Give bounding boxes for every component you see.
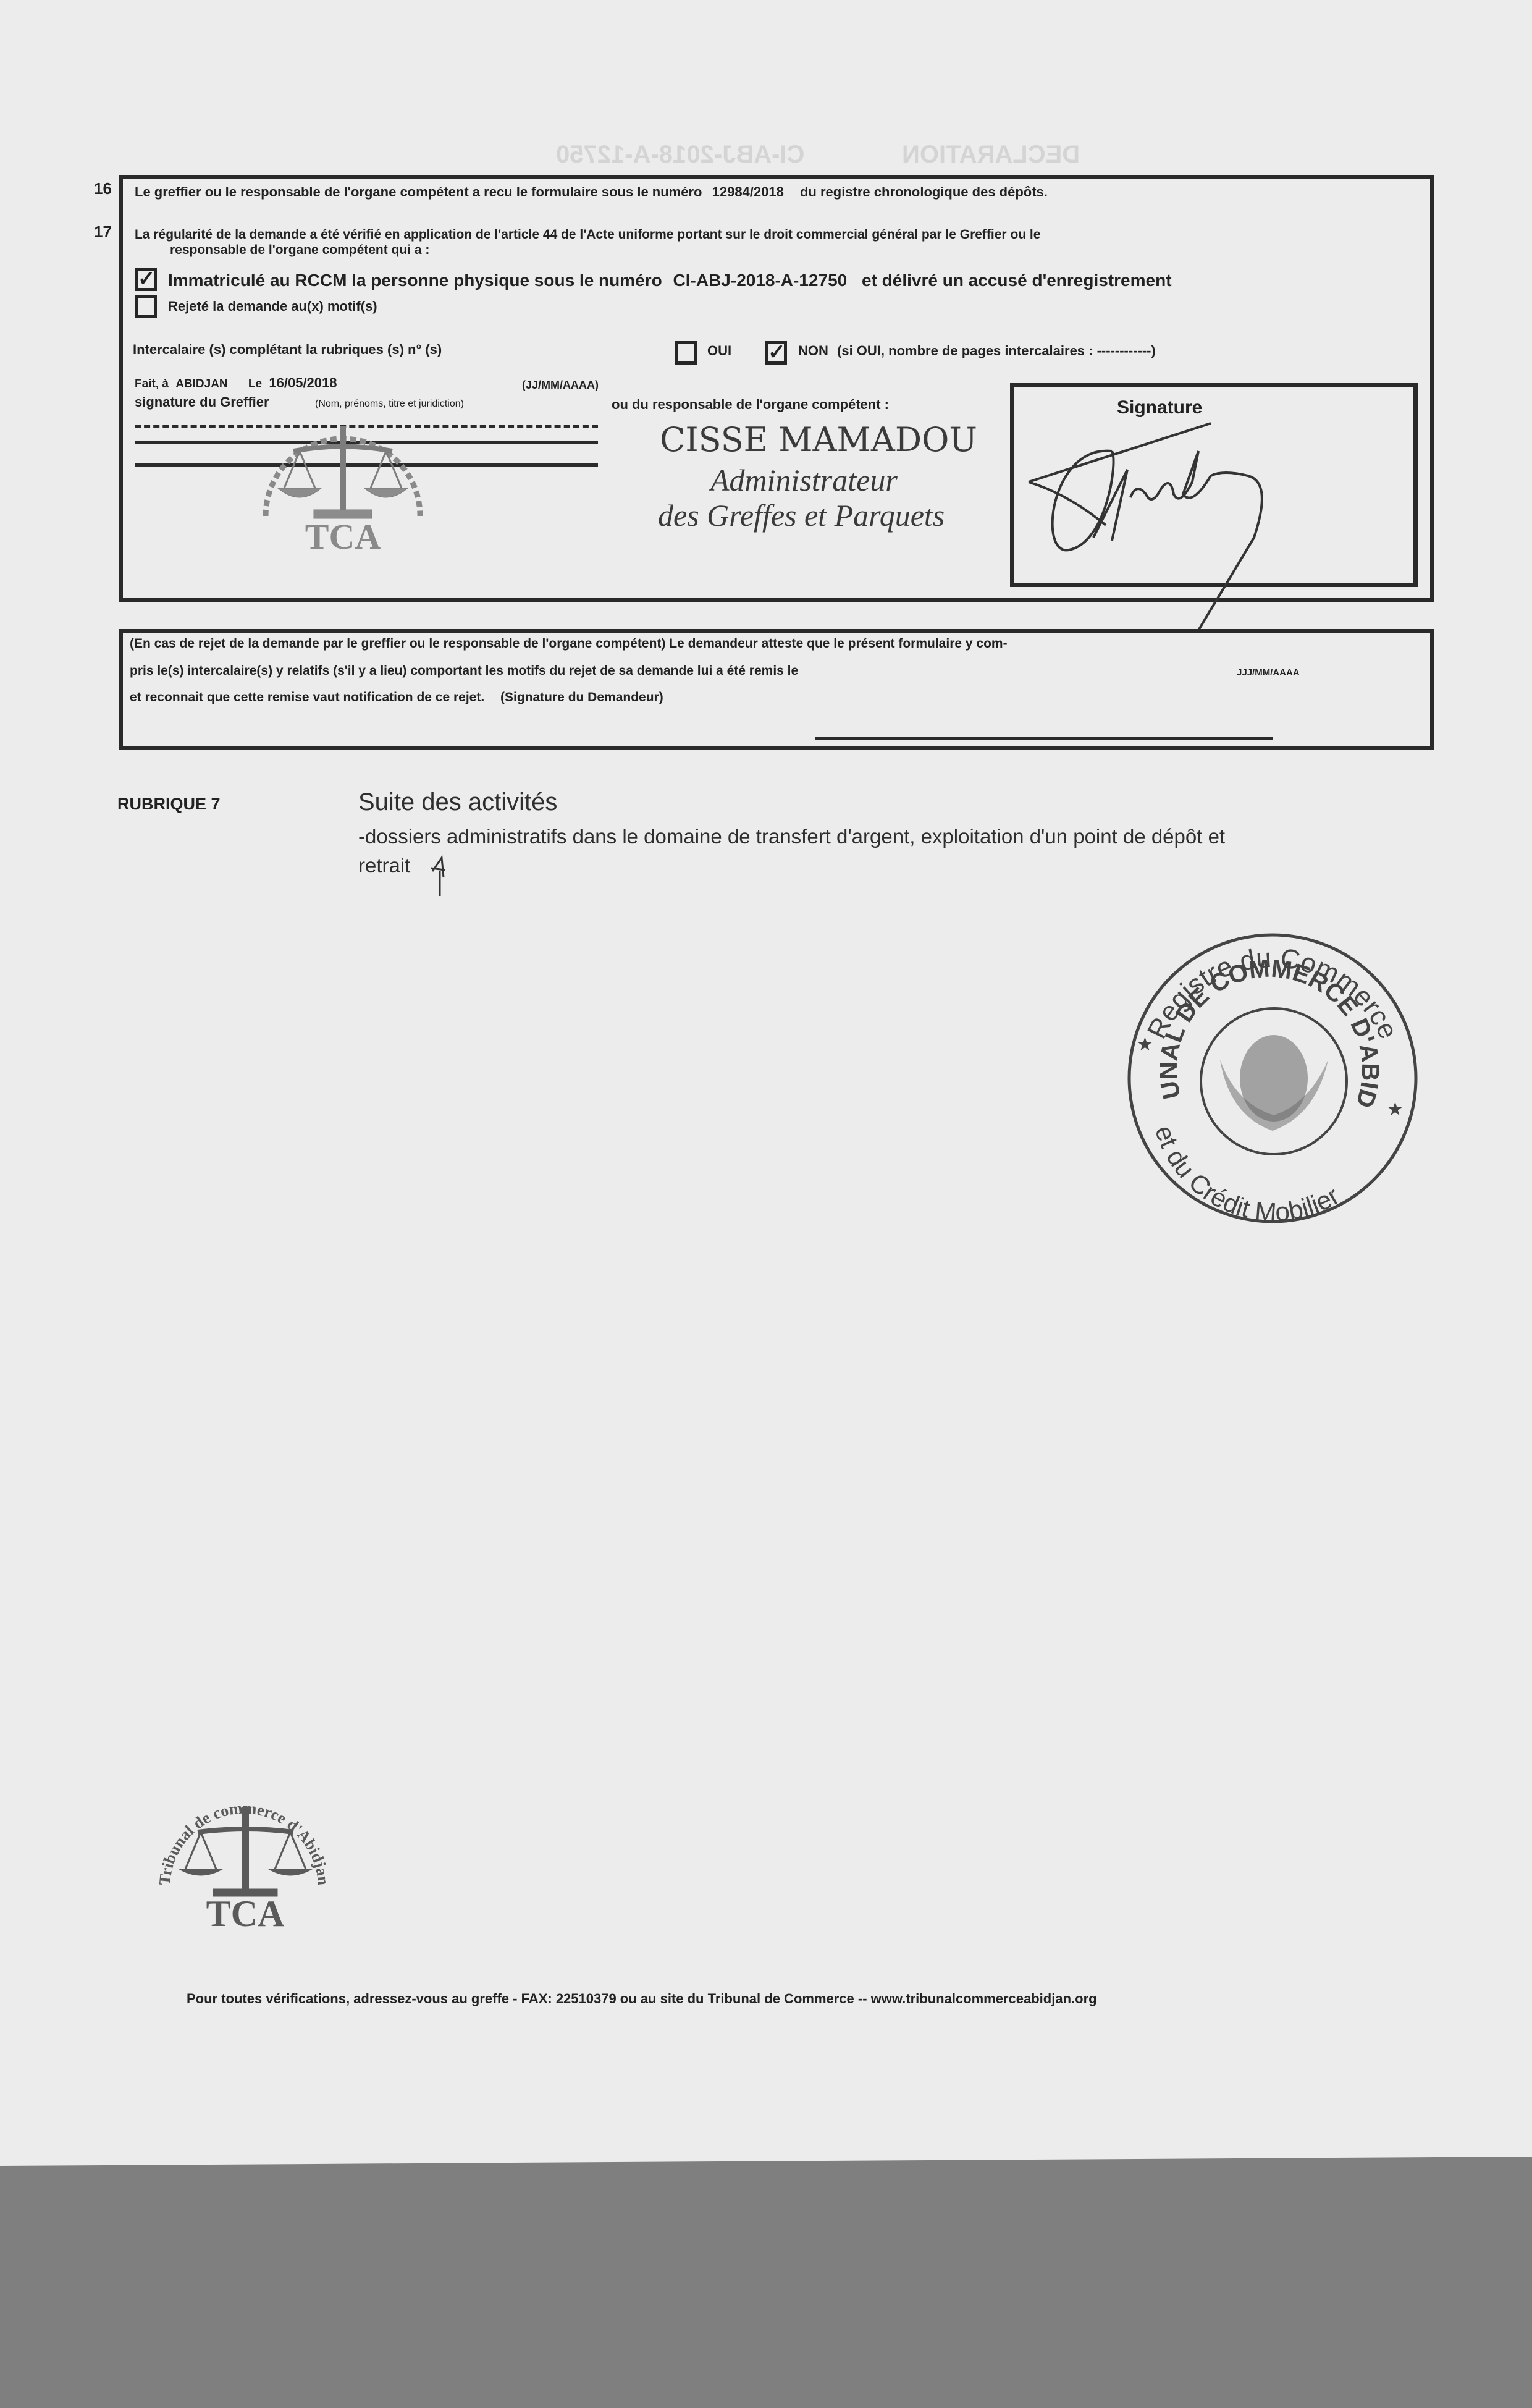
rejected-checkbox[interactable] <box>135 295 157 318</box>
initials-scribble-icon <box>426 853 451 902</box>
ghost-title-left: DECLARATION <box>902 141 1080 169</box>
demandeur-signature-hint: (Signature du Demandeur) <box>500 690 663 704</box>
section17-intro-line2: responsable de l'organe compétent qui a … <box>170 243 429 258</box>
rejected-option-label: Rejeté la demande au(x) motif(s) <box>168 298 377 315</box>
rejection-date-format: JJJ/MM/AAAA <box>1237 667 1300 678</box>
registration-number: 12984/2018 <box>712 184 784 200</box>
non-checkbox[interactable]: ✓ <box>765 341 787 365</box>
scanned-page: CI-ABJ-2018-A-12750 DECLARATION 16 Le gr… <box>0 0 1532 2166</box>
svg-text:★: ★ <box>1387 1099 1404 1120</box>
rubrique7-title: Suite des activités <box>358 788 557 816</box>
registered-label-after: et délivré un accusé d'enregistrement <box>862 271 1172 290</box>
registered-option-label: Immatriculé au RCCM la personne physique… <box>168 271 1172 290</box>
date-format: (JJ/MM/AAAA) <box>522 379 599 392</box>
section16-text-after: du registre chronologique des dépôts. <box>800 184 1048 200</box>
rejection-line2: pris le(s) intercalaire(s) y relatifs (s… <box>130 664 798 678</box>
le-label: Le <box>248 378 262 391</box>
rubrique7-label: RUBRIQUE 7 <box>117 795 221 814</box>
city-value: ABIDJAN <box>175 378 227 391</box>
non-label: NON (si OUI, nombre de pages intercalair… <box>798 343 1156 359</box>
section16-text-before: Le greffier ou le responsable de l'organ… <box>135 184 702 200</box>
registered-label-before: Immatriculé au RCCM la personne physique… <box>168 271 662 290</box>
official-title-line2: des Greffes et Parquets <box>658 497 945 533</box>
svg-text:TCA: TCA <box>305 517 381 556</box>
official-name: CISSE MAMADOU <box>660 420 977 459</box>
organe-label: ou du responsable de l'organe compétent … <box>612 397 889 413</box>
oui-checkbox[interactable] <box>675 341 697 365</box>
intercalaire-label: Intercalaire (s) complétant la rubriques… <box>133 342 442 358</box>
rejection-line3: et reconnait que cette remise vaut notif… <box>130 690 663 705</box>
official-title-line1: Administrateur <box>710 462 898 498</box>
svg-text:TCA: TCA <box>206 1893 285 1931</box>
section16-text: Le greffier ou le responsable de l'organ… <box>135 184 1048 200</box>
tca-stamp-icon: TCA <box>241 408 445 556</box>
date-value: 16/05/2018 <box>269 375 337 391</box>
rubrique7-text-line2: retrait <box>358 854 410 877</box>
section-number-16: 16 <box>94 179 112 198</box>
fait-a-line: Fait, à ABIDJAN Le 16/05/2018 <box>135 375 337 391</box>
footer-text: Pour toutes vérifications, adressez-vous… <box>187 1991 1097 2007</box>
registered-checkbox[interactable]: ✓ <box>135 268 157 291</box>
signature-scribble-icon <box>1013 402 1446 649</box>
fait-a-label: Fait, à <box>135 378 169 391</box>
non-label-text: NON <box>798 343 828 358</box>
rejection-line1: (En cas de rejet de la demande par le gr… <box>130 636 1008 651</box>
registre-commerce-stamp-icon: Registre du Commerce TRIBUNAL DE COMMERC… <box>1112 918 1433 1233</box>
rejection-line3-text: et reconnait que cette remise vaut notif… <box>130 690 484 704</box>
section17-intro-line1: La régularité de la demande a été vérifi… <box>135 227 1040 242</box>
tca-logo-icon: Tribunal de commerce d'Abidjan TCA <box>151 1783 337 1931</box>
demandeur-signature-line <box>815 737 1273 740</box>
ghost-title-right: CI-ABJ-2018-A-12750 <box>556 141 804 169</box>
svg-text:et du Crédit Mobilier: et du Crédit Mobilier <box>1150 1122 1344 1227</box>
rubrique7-text-line1: -dossiers administratifs dans le domaine… <box>358 825 1225 848</box>
svg-text:★: ★ <box>1137 1034 1153 1055</box>
rccm-number: CI-ABJ-2018-A-12750 <box>673 271 848 290</box>
section-number-17: 17 <box>94 222 112 242</box>
oui-label: OUI <box>707 343 731 359</box>
non-hint: (si OUI, nombre de pages intercalaires :… <box>837 343 1156 358</box>
